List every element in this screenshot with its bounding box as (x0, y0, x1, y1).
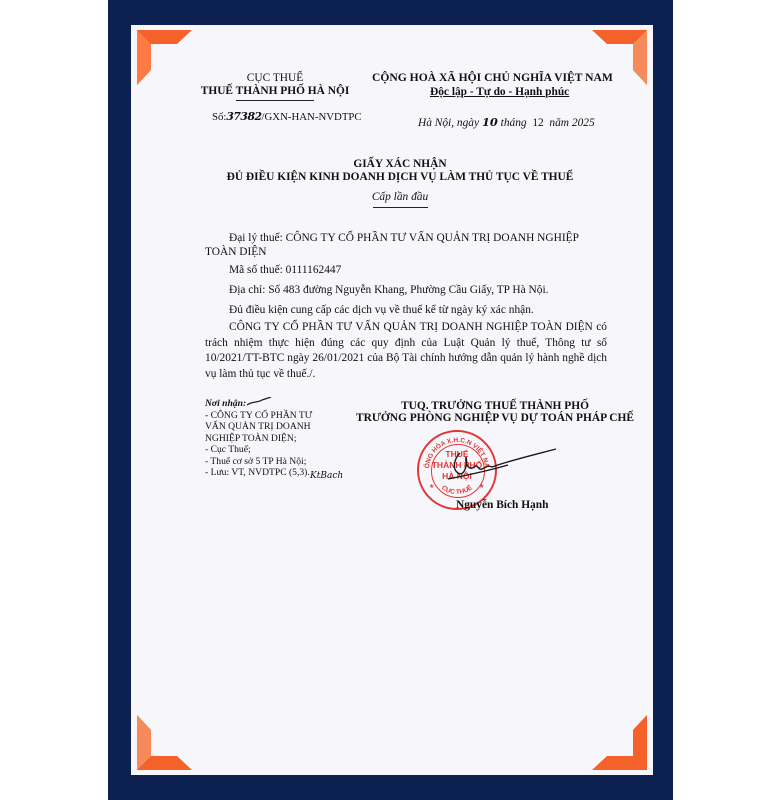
signatory-name: Nguyễn Bích Hạnh (456, 498, 548, 512)
date-year: 2025 (572, 117, 595, 129)
document-title-line2: ĐỦ ĐIỀU KIỆN KINH DOANH DỊCH VỤ LÀM THỦ … (180, 170, 620, 184)
recipients-block: Nơi nhận: - CÔNG TY CỔ PHẦN TƯ VẤN QUẢN … (205, 398, 312, 479)
recipient-item: NGHIỆP TOÀN DIỆN; (205, 433, 312, 445)
doc-number-prefix: Số: (212, 111, 226, 123)
date-prefix: Hà Nội, ngày (418, 117, 479, 129)
tax-code: Mã số thuế: 0111162447 (229, 263, 341, 277)
doc-number-handwritten: 37382 (226, 110, 261, 123)
recipient-item: - CÔNG TY CỔ PHẦN TƯ (205, 410, 312, 422)
document-subtitle: Cấp lần đầu (180, 190, 620, 204)
tax-agent-cont: TOÀN DIỆN (205, 245, 266, 259)
date-day: 10 (482, 115, 498, 129)
recipient-item: - Cục Thuế; (205, 444, 312, 456)
corner-ornament-bottom-right (592, 715, 647, 770)
issue-date: Hà Nội, ngày 10 tháng 12 năm 2025 (418, 115, 595, 130)
handwritten-initials: KtBach (310, 469, 343, 483)
document-number: Số:37382/GXN-HAN-NVDTPC (212, 110, 362, 124)
agency-name: THUẾ THÀNH PHỐ HÀ NỘI (190, 84, 360, 98)
recipient-item: - Thuế cơ sở 5 TP Hà Nội; (205, 456, 312, 468)
recipient-item: VẤN QUẢN TRỊ DOANH (205, 421, 312, 433)
subtitle-underline (373, 207, 428, 208)
date-year-label: năm (549, 117, 569, 129)
doc-number-suffix: /GXN-HAN-NVDTPC (261, 111, 361, 123)
date-month-label: tháng (501, 117, 527, 129)
document-title: GIẤY XÁC NHẬN (180, 157, 620, 171)
svg-text:★: ★ (429, 483, 434, 490)
date-month: 12 (532, 117, 543, 129)
handwritten-mark-icon (246, 397, 272, 407)
corner-ornament-bottom-left (137, 715, 192, 770)
nation-motto: Độc lập - Tự do - Hạnh phúc (430, 85, 569, 99)
agency-underline (236, 100, 314, 101)
responsibility-paragraph: CÔNG TY CỔ PHẦN TƯ VẤN QUẢN TRỊ DOANH NG… (205, 320, 607, 382)
signature-icon (438, 445, 558, 490)
nation-name: CỘNG HOÀ XÃ HỘI CHỦ NGHĨA VIỆT NAM (372, 71, 613, 85)
eligibility-statement: Đủ điều kiện cung cấp các dịch vụ về thu… (229, 303, 534, 317)
agency-parent: CỤC THUẾ (190, 71, 360, 85)
address: Địa chỉ: Số 483 đường Nguyễn Khang, Phườ… (229, 283, 548, 297)
corner-ornament-top-left (137, 30, 192, 85)
tax-agent: Đại lý thuế: CÔNG TY CỔ PHẦN TƯ VẤN QUẢN… (229, 231, 579, 245)
signatory-title: TRƯỞNG PHÒNG NGHIỆP VỤ DỰ TOÁN PHÁP CHẾ (355, 411, 635, 425)
recipient-item: - Lưu: VT, NVDTPC (5,3). (205, 467, 312, 479)
